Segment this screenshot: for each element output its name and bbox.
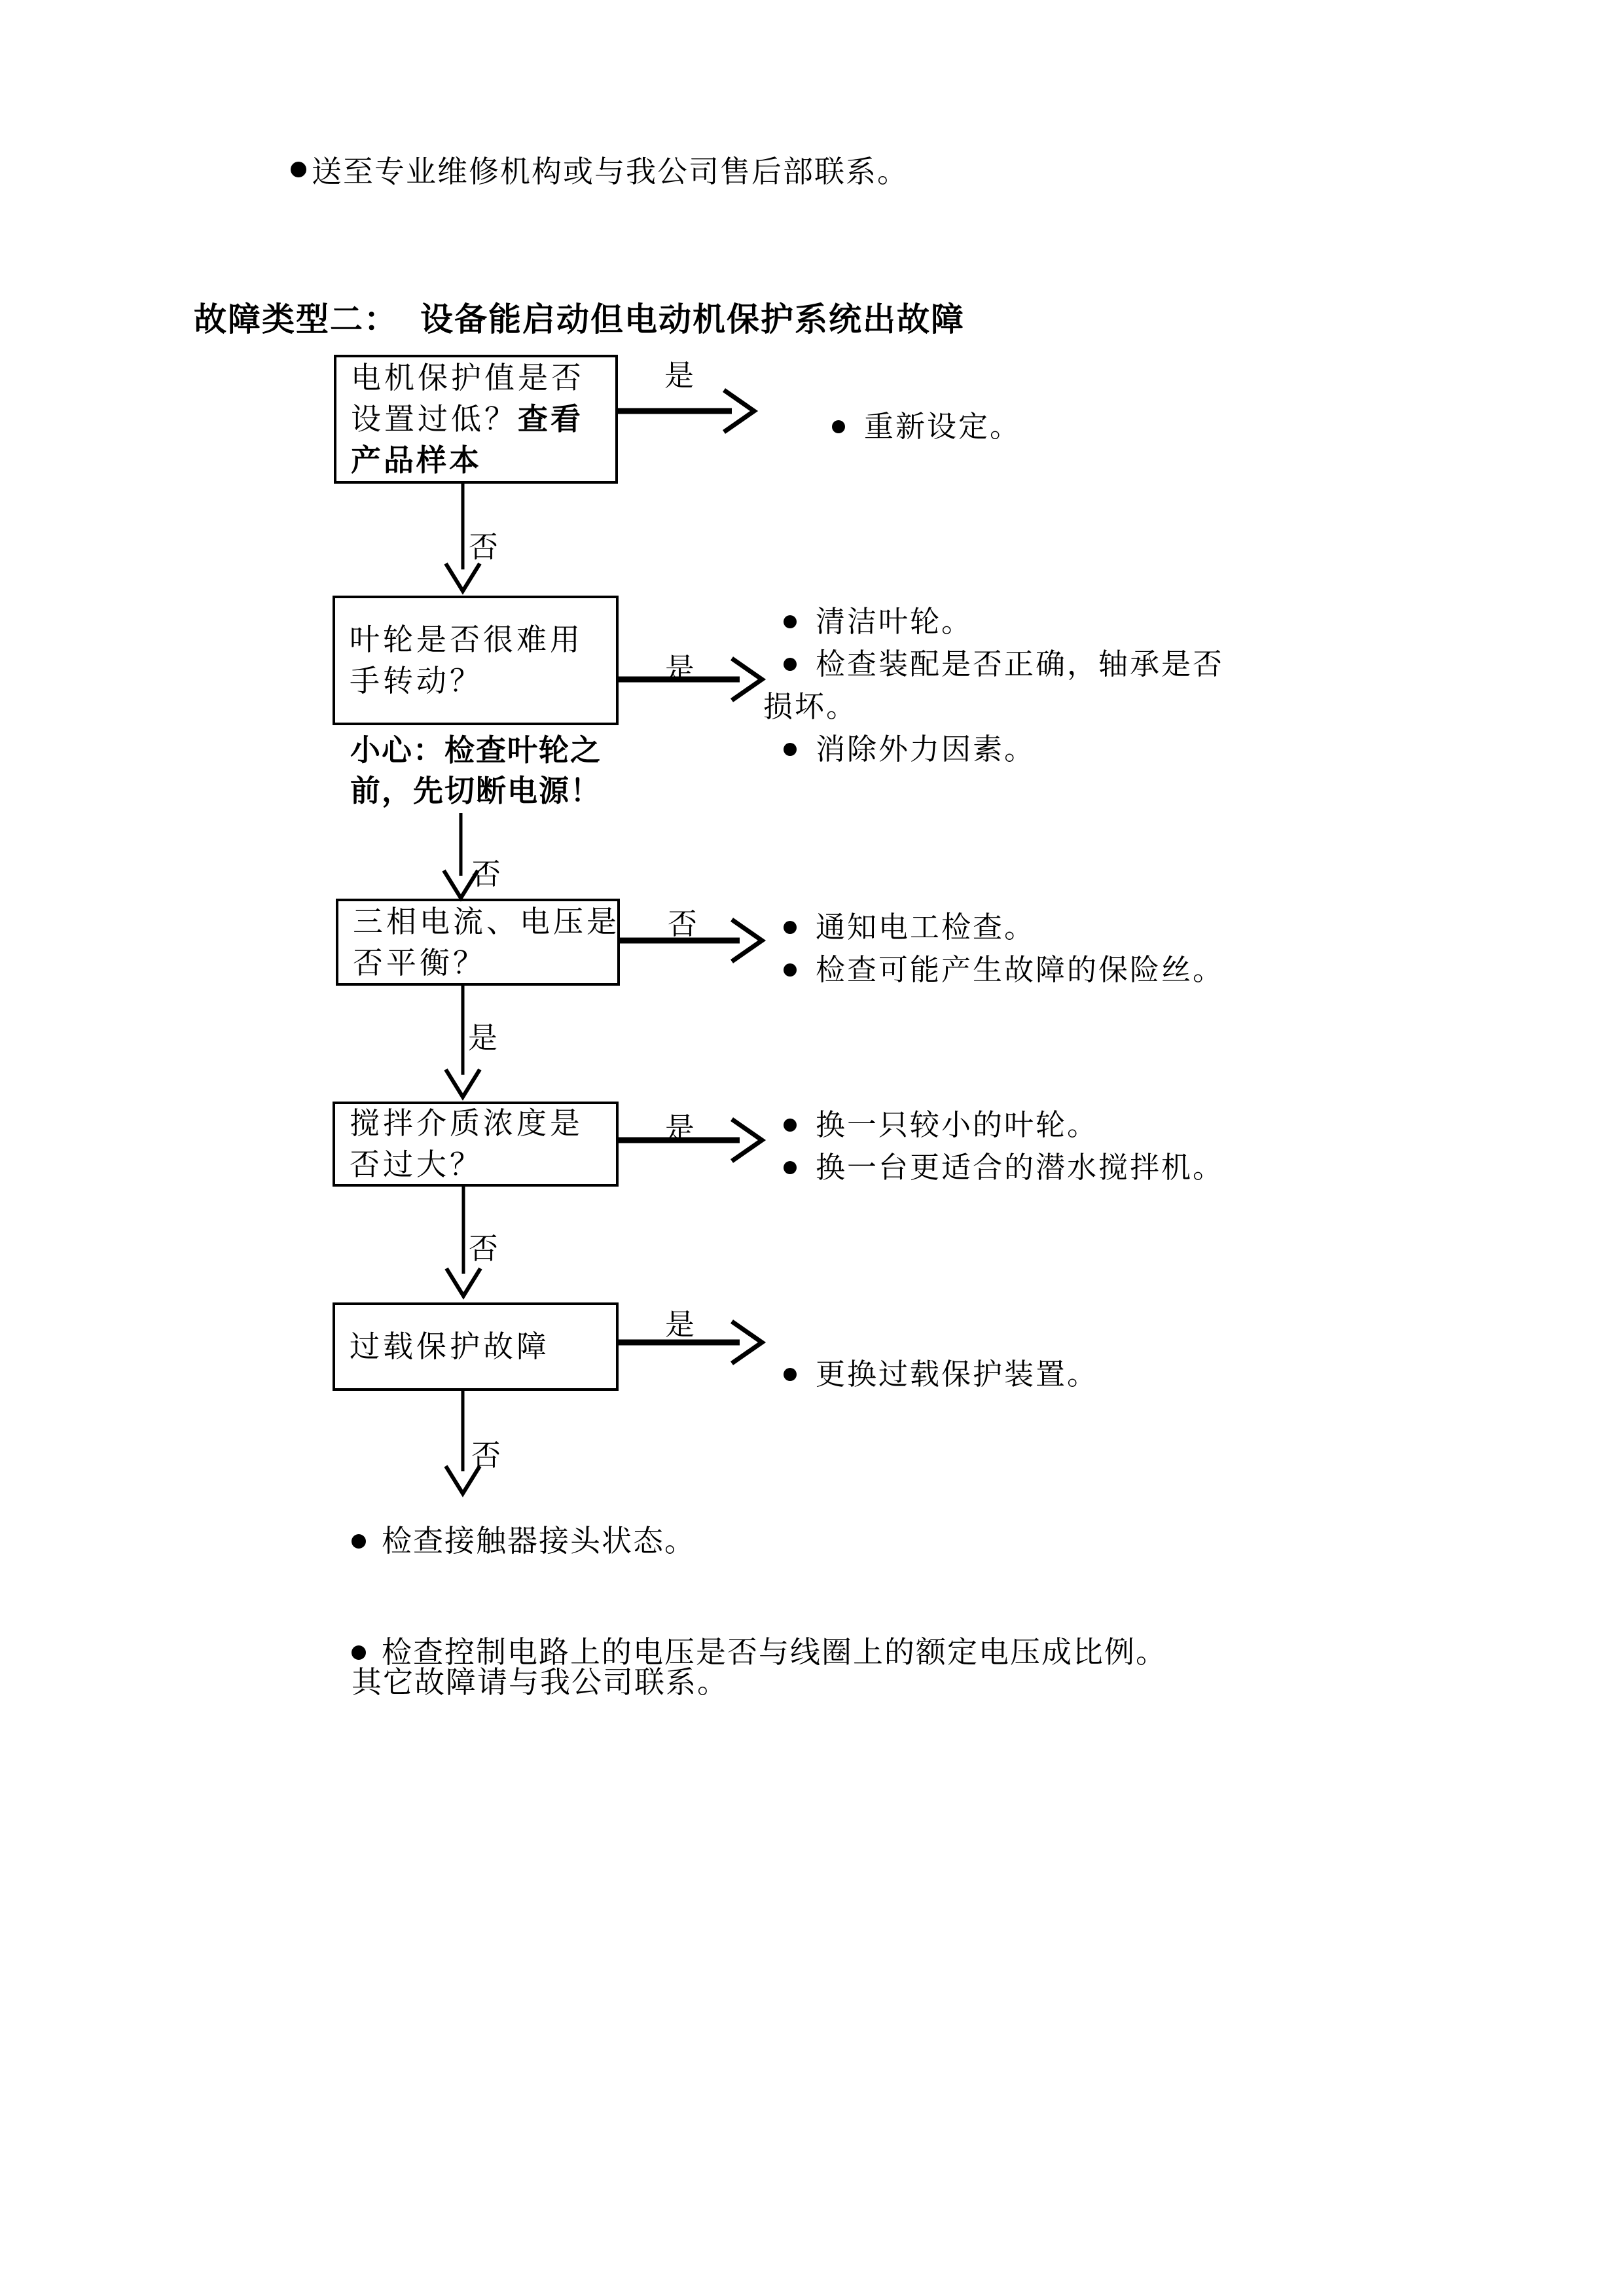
section-heading-title: 设备能启动但电动机保护系统出故障: [420, 293, 965, 340]
footer-bullet-1-text: 检查接触器接头状态。: [382, 1524, 696, 1558]
flow-box-text-bold: 查看: [518, 402, 583, 436]
footer-note: 其它故障请与我公司联系。: [352, 1659, 729, 1702]
branch-bullets-2: 清洁叶轮。检查装配是否正确，轴承是否损坏。消除外力因素。: [763, 601, 1251, 771]
bullet-dot-icon: [784, 921, 797, 934]
branch-bullet-text: 换一只较小的叶轮。: [816, 1109, 1098, 1141]
flow-box-text: 电机保护值是否: [351, 361, 585, 395]
branch-bullet-item: 清洁叶轮。: [763, 601, 1251, 643]
flow-box-motor-protection-value: 电机保护值是否设置过低？查看产品样本: [334, 355, 618, 484]
branch-label-3: 否: [668, 908, 697, 941]
flow-box-text-bold: 产品样本: [351, 443, 482, 477]
branch-bullet-text: 清洁叶轮。: [816, 605, 973, 638]
flow-box-line: 设置过低？查看: [351, 399, 611, 440]
flow-box-line: 叶轮是否很难用: [350, 619, 612, 660]
flow-box-text: 否过大？: [350, 1148, 483, 1181]
flow-box-line: 过载保护故障: [350, 1326, 612, 1367]
branch-bullet-item: 通知电工检查。: [763, 906, 1251, 949]
branch-bullet-text: 更换过载保护装置。: [816, 1358, 1098, 1391]
branch-bullets-1: 重新设定。: [812, 406, 1087, 448]
branch-bullet-item: 换一台更适合的潜水搅拌机。: [763, 1147, 1251, 1189]
bullet-dot-icon: [784, 743, 797, 756]
bullet-dot-icon: [784, 1161, 797, 1174]
bullet-dot-icon: [784, 963, 797, 977]
flow-box-three-phase-balance: 三相电流、电压是否平衡？: [336, 899, 620, 986]
flow-box-line: 三相电流、电压是: [353, 901, 613, 942]
flow-box-line: 否平衡？: [353, 942, 613, 984]
caution-note: 小心：检查叶轮之前，先切断电源！: [350, 730, 613, 811]
branch-bullet-text: 检查可能产生故障的保险丝。: [816, 954, 1224, 986]
branch-label-1: 是: [664, 360, 694, 393]
flow-box-text: 手转动？: [350, 664, 483, 698]
flow-box-text: 设置过低？: [351, 403, 518, 436]
branch-bullet-item: 检查可能产生故障的保险丝。: [763, 949, 1251, 992]
branch-bullets-4: 换一只较小的叶轮。换一台更适合的潜水搅拌机。: [763, 1104, 1251, 1189]
bullet-dot-icon: [784, 658, 797, 671]
section-heading: 故障类型二： 设备能启动但电动机保护系统出故障: [194, 293, 965, 340]
branch-label-5: 是: [665, 1309, 695, 1342]
intro-bullet-text: 送至专业维修机构或与我公司售后部联系。: [312, 148, 909, 191]
intro-bullet-line: 送至专业维修机构或与我公司售后部联系。: [291, 148, 909, 191]
flow-box-overload-protection: 过载保护故障: [333, 1302, 619, 1391]
bullet-dot-icon: [784, 1368, 797, 1381]
flow-box-text: 三相电流、电压是: [353, 905, 620, 939]
branch-bullet-text: 检查装配是否正确，轴承是否损坏。: [763, 648, 1224, 723]
down-label-4: 否: [469, 1233, 498, 1266]
branch-bullet-text: 消除外力因素。: [816, 733, 1036, 766]
flow-box-text: 否平衡？: [353, 946, 486, 980]
branch-bullet-item: 更换过载保护装置。: [763, 1354, 1251, 1396]
bullet-dot-icon: [784, 615, 797, 628]
branch-bullet-text: 换一台更适合的潜水搅拌机。: [816, 1151, 1224, 1184]
section-heading-label: 故障类型二：: [194, 293, 398, 340]
flow-box-text: 过载保护故障: [350, 1330, 550, 1363]
flow-box-line: 否过大？: [350, 1144, 612, 1185]
flow-box-text: 搅拌介质浓度是: [350, 1107, 583, 1140]
branch-bullets-5: 更换过载保护装置。: [763, 1354, 1251, 1396]
bullet-dot-icon: [832, 420, 845, 433]
down-label-5: 否: [471, 1440, 501, 1473]
flow-box-line: 产品样本: [351, 440, 611, 481]
branch-bullet-item: 重新设定。: [812, 406, 1087, 448]
branch-bullet-text: 通知电工检查。: [816, 911, 1036, 944]
bullet-dot-icon: [352, 1534, 366, 1549]
branch-bullet-item: 检查装配是否正确，轴承是否损坏。: [763, 643, 1251, 728]
bullet-dot-icon: [784, 1119, 797, 1132]
branch-label-4: 是: [665, 1113, 695, 1145]
branch-bullet-item: 换一只较小的叶轮。: [763, 1104, 1251, 1147]
bullet-dot-icon: [352, 1645, 366, 1660]
flow-box-impeller-hard-to-turn: 叶轮是否很难用手转动？: [333, 596, 619, 725]
branch-bullet-text: 重新设定。: [864, 410, 1021, 443]
manual-page: 送至专业维修机构或与我公司售后部联系。 故障类型二： 设备能启动但电动机保护系统…: [0, 0, 1624, 2296]
arrow-right-1: [618, 390, 754, 432]
branch-bullet-item: 消除外力因素。: [763, 728, 1251, 771]
branch-label-2: 是: [665, 653, 695, 686]
footer-bullet-1: 检查接触器接头状态。: [352, 1520, 1281, 1562]
down-label-3: 是: [468, 1022, 497, 1055]
flow-box-medium-concentration: 搅拌介质浓度是否过大？: [333, 1102, 619, 1187]
flow-box-line: 搅拌介质浓度是: [350, 1103, 612, 1144]
branch-bullets-3: 通知电工检查。检查可能产生故障的保险丝。: [763, 906, 1251, 992]
bullet-dot-icon: [291, 162, 306, 177]
down-label-1: 否: [469, 531, 498, 564]
flow-box-line: 手转动？: [350, 660, 612, 702]
flow-box-line: 电机保护值是否: [351, 357, 611, 399]
down-label-2: 否: [471, 859, 501, 891]
flow-box-text: 叶轮是否很难用: [350, 623, 583, 656]
